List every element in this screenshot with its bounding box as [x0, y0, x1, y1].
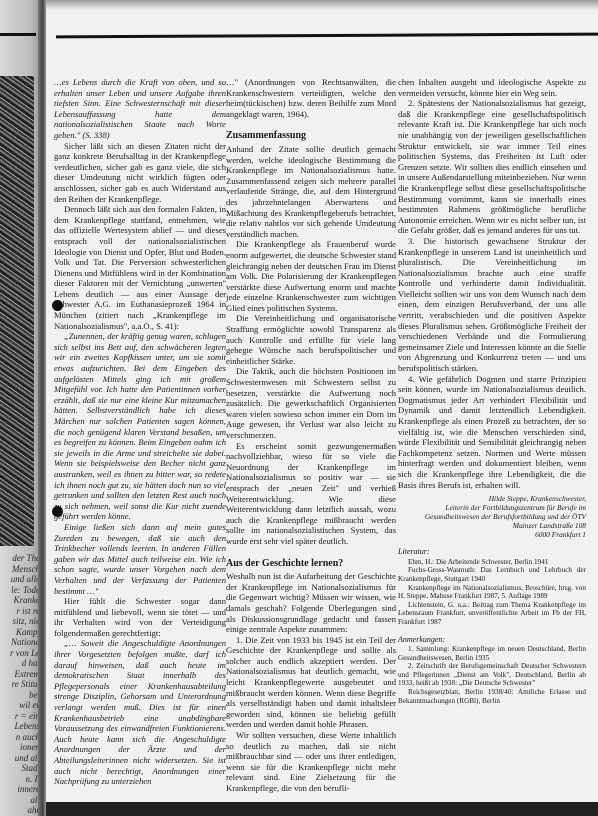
column-1: …es Lebens durch die Kraft von oben, und…: [54, 77, 226, 787]
literature-item: Fuchs-Gross-Wasmuth: Das Lernbuch und Le…: [398, 566, 586, 583]
paragraph: Weshalb nun ist die Aufarbeitung der Ges…: [226, 571, 396, 635]
paragraph: 1. Die Zeit von 1933 bis 1945 ist ein Te…: [226, 635, 396, 730]
page-bottom-edge: [46, 802, 598, 816]
paragraph: Sicher läßt sich an diesen Zitaten nicht…: [54, 141, 226, 205]
note-item: Reichsgesetzblatt, Berlin 1938/40: Amtli…: [398, 688, 586, 705]
paragraph: 3. Die historisch gewachsene Struktur de…: [398, 236, 586, 374]
previous-page-line: und all: [0, 753, 40, 764]
header-rule: [56, 33, 598, 39]
punch-hole-mark: [52, 506, 63, 517]
paragraph: 2. Spätestens der Nationalsozialismus ha…: [398, 98, 586, 236]
previous-page-line: n. Il: [0, 774, 40, 785]
previous-page-line: ahr: [0, 805, 40, 816]
previous-page-line: Kampf: [0, 627, 40, 638]
paragraph: Es erscheint somit gezwungenermaßen nach…: [226, 441, 396, 547]
previous-page-line: wil er: [0, 700, 40, 711]
literature-item: Ehm, H.: Die Arbeitende Schwester, Berli…: [398, 558, 586, 567]
section-heading-summary: Zusammenfassung: [226, 131, 396, 142]
previous-page-line: r ist re: [0, 606, 40, 617]
quote-block: Einige ließen sich dann auf mein gutes Z…: [54, 522, 226, 596]
previous-page-line: Lebens: [0, 721, 40, 732]
article-page: …es Lebens durch die Kraft von oben, und…: [46, 0, 598, 816]
quote-block: „Zunennen, der kräftig genug waren, schl…: [54, 331, 226, 522]
previous-page-line: ionen: [0, 742, 40, 753]
note-item: 2. Zeitschrift der Berufsgemeinschaft De…: [398, 662, 586, 688]
previous-page-line: der The: [0, 553, 40, 564]
previous-page-line: bei: [0, 690, 40, 701]
previous-page-text: der TheMenschund allele: TodeKranker ist…: [0, 553, 40, 816]
paragraph: Die Taktik, auch die höchsten Positionen…: [226, 366, 396, 440]
notes-heading: Anmerkungen:: [398, 635, 586, 646]
top-shadow: [46, 0, 598, 10]
paragraph: Wir sollten versuchen, diese Werte inhal…: [226, 730, 396, 794]
previous-page-line: r = ein: [0, 711, 40, 722]
paragraph: Anhand der Zitate sollte deutlich gemach…: [226, 144, 396, 239]
paragraph: Die Vereinheitlichung und organisatorisc…: [226, 313, 396, 366]
literature-item: Krankenpflege im Nationalsozialismus, Br…: [398, 584, 586, 601]
paragraph: chen Inhalten ausgeht und ideologische A…: [398, 77, 586, 98]
previous-page-line: Stadt: [0, 763, 40, 774]
previous-page-line: innere: [0, 784, 40, 795]
previous-page-line: r von Le: [0, 648, 40, 659]
previous-page-line: d hat: [0, 658, 40, 669]
previous-page-line: und alle: [0, 574, 40, 585]
previous-page-line: Nationa: [0, 637, 40, 648]
book-binding: [38, 0, 46, 816]
previous-page-line: n auch: [0, 732, 40, 743]
literature-item: Lichtenstein, G. u.a.: Beitrag zum Thema…: [398, 601, 586, 627]
literature-heading: Literatur:: [398, 547, 586, 558]
column-2: …" (Anordnungen von Rechtsanwälten, die …: [226, 77, 396, 794]
column-3: chen Inhalten ausgeht und ideologische A…: [398, 77, 586, 705]
paragraph: …" (Anordnungen von Rechtsanwälten, die …: [226, 77, 396, 119]
author-signature: Hilde Steppe, Krankenschwester, Leiterin…: [398, 494, 586, 539]
previous-page-line: Extrem: [0, 669, 40, 680]
quote-continuation: …es Lebens durch die Kraft von oben, und…: [54, 77, 226, 141]
paragraph: Hier fühlt die Schwester sogar dann mitf…: [54, 596, 226, 638]
previous-page-line: Kranke: [0, 595, 40, 606]
paragraph: Dennoch läßt sich aus den formalen Fakte…: [54, 204, 226, 331]
section-heading-history: Aus der Geschichte lernen?: [226, 559, 396, 570]
paragraph: 4. Wie gefährlich Dogmen und starre Prin…: [398, 374, 586, 491]
previous-page-line: sitz, nie: [0, 616, 40, 627]
previous-page-line: Mensch: [0, 564, 40, 575]
quote-block: „… Soweit die Angeschuldigte Anordnungen…: [54, 638, 226, 786]
paragraph: Die Krankenpflege als Frauenberuf wurde …: [226, 239, 396, 313]
previous-page-line: le: Tode: [0, 585, 40, 596]
header-rule-left: [0, 33, 36, 36]
previous-page-line: alt: [0, 795, 40, 806]
punch-hole-mark: [52, 300, 63, 311]
note-item: 1. Sammlung: Krankenpflege im neuen Deut…: [398, 645, 586, 662]
photo-fragment: [0, 76, 34, 546]
previous-page-line: re Stitut: [0, 679, 40, 690]
